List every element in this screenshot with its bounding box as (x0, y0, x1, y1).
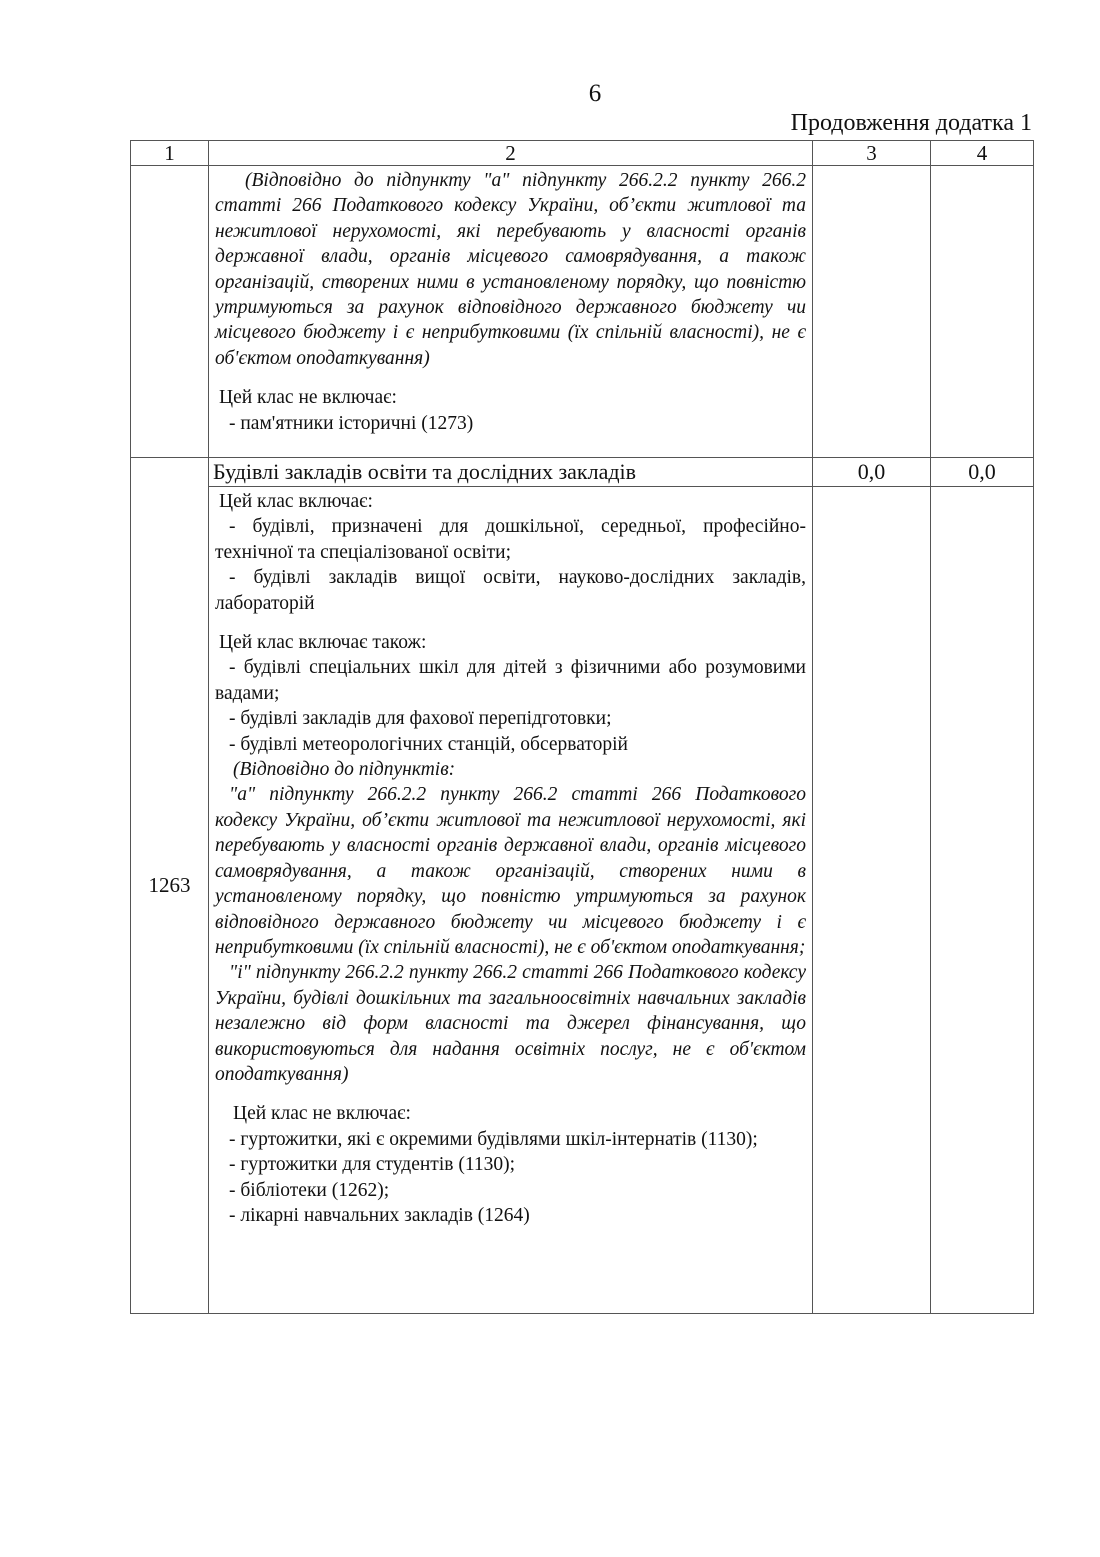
row-col4-cell (931, 487, 1034, 1314)
includes-also-item: - будівлі метеорологічних станцій, обсер… (215, 732, 806, 757)
row-col3-value: 0,0 (813, 458, 931, 487)
includes-also-item: - будівлі закладів для фахової перепідго… (215, 706, 806, 731)
column-header-1: 1 (131, 141, 209, 166)
excludes-item: - гуртожитки, які є окремими будівлями ш… (215, 1127, 806, 1152)
table-row-continued: (Відповідно до підпункту "а" підпункту 2… (131, 166, 1034, 458)
page-number: 6 (0, 80, 1100, 108)
row-col4-value: 0,0 (931, 458, 1034, 487)
excludes-heading: Цей клас не включає: (215, 1101, 806, 1126)
row-col4-cell (931, 166, 1034, 458)
table-row-1263-title: 1263 Будівлі закладів освіти та дослідни… (131, 458, 1034, 487)
excludes-item: - пам'ятники історичні (1273) (215, 411, 806, 436)
includes-item: - будівлі закладів вищої освіти, науково… (215, 565, 806, 616)
column-header-3: 3 (813, 141, 931, 166)
excludes-item: - бібліотеки (1262); (215, 1178, 806, 1203)
includes-heading: Цей клас включає: (215, 489, 806, 514)
row-code-cell (131, 166, 209, 458)
row-description-cell: Цей клас включає: - будівлі, призначені … (209, 487, 813, 1314)
legal-intro: (Відповідно до підпунктів: (215, 757, 806, 782)
class-title: Будівлі закладів освіти та дослідних зак… (209, 458, 813, 487)
includes-also-heading: Цей клас включає також: (215, 630, 806, 655)
includes-item: - будівлі, призначені для дошкільної, се… (215, 514, 806, 565)
classification-table: 1 2 3 4 (Відповідно до підпункту "а" під… (130, 140, 1034, 1314)
row-col3-cell (813, 166, 931, 458)
legal-note: (Відповідно до підпункту "а" підпункту 2… (215, 168, 806, 371)
legal-item: "а" підпункту 266.2.2 пункту 266.2 статт… (215, 782, 806, 960)
continuation-label: Продовження додатка 1 (791, 110, 1032, 137)
row-description-cell: (Відповідно до підпункту "а" підпункту 2… (209, 166, 813, 458)
excludes-item: - гуртожитки для студентів (1130); (215, 1152, 806, 1177)
row-code-cell: 1263 (131, 458, 209, 1314)
row-col3-cell (813, 487, 931, 1314)
excludes-item: - лікарні навчальних закладів (1264) (215, 1203, 806, 1228)
table-header-row: 1 2 3 4 (131, 141, 1034, 166)
table-row-1263-description: Цей клас включає: - будівлі, призначені … (131, 487, 1034, 1314)
column-header-2: 2 (209, 141, 813, 166)
excludes-heading: Цей клас не включає: (215, 385, 806, 410)
column-header-4: 4 (931, 141, 1034, 166)
legal-item: "і" підпункту 266.2.2 пункту 266.2 статт… (215, 960, 806, 1087)
includes-also-item: - будівлі спеціальних шкіл для дітей з ф… (215, 655, 806, 706)
